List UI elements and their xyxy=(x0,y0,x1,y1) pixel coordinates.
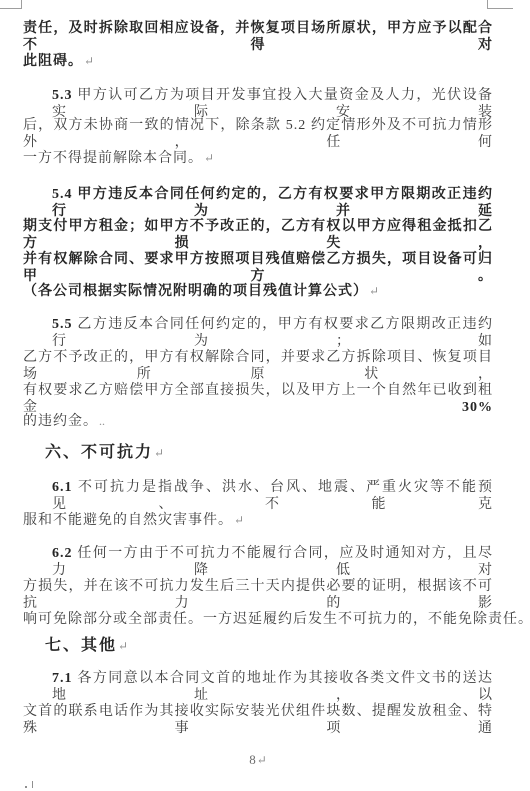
contract-document-page: 责任，及时拆除取回相应设备，并恢复项目场所原状，甲方应予以配合不得对此阻碍。↵5… xyxy=(0,0,530,791)
text-line: 责任，及时拆除取回相应设备，并恢复项目场所原状，甲方应予以配合不得对 xyxy=(23,20,493,54)
paragraph-mark: ↵ xyxy=(256,753,267,767)
bottom-margin-mark-tick xyxy=(32,781,33,788)
text-line: 的违约金。.. xyxy=(23,413,493,430)
text-line: （各公司根据实际情况附明确的项目残值计算公式）↵ xyxy=(23,283,493,300)
section-heading: 七、其他↵ xyxy=(23,636,515,656)
text-line: 并有权解除合同、要求甲方按照项目残值赔偿乙方损失，项目设备可归甲方。 xyxy=(23,251,493,285)
text-line: 5.5 乙方违反本合同任何约定的，甲方有权要求乙方限期改正违约行为；如 xyxy=(23,316,493,350)
paragraph-mark: ↵ xyxy=(233,513,244,527)
text-line: 有权要求乙方赔偿甲方全部直接损失，以及甲方上一个自然年已收到租金 30% xyxy=(23,382,493,416)
text-line: 响可免除部分或全部责任。一方迟延履约后发生不可抗力的，不能免除责任。↵ xyxy=(23,611,493,628)
section-heading: 六、不可抗力↵ xyxy=(23,443,515,463)
text-line: 服和不能避免的自然灾害事件。↵ xyxy=(23,512,493,529)
text-line: 6.2 任何一方由于不可抗力不能履行合同，应及时通知对方，且尽力降低对 xyxy=(23,545,493,579)
paragraph-mark: ↵ xyxy=(368,284,379,298)
text-line: 一方不得提前解除本合同。↵ xyxy=(23,150,493,167)
paragraph-mark: .. xyxy=(98,414,105,428)
paragraph-mark: ↵ xyxy=(153,446,164,460)
text-boundary-mark-top-right xyxy=(487,0,513,9)
paragraph-mark: ↵ xyxy=(83,54,94,68)
page-footer: 8↵ xyxy=(23,752,493,768)
text-line: 5.3 甲方认可乙方为项目开发事宜投入大量资金及人力，光伏设备实际安装 xyxy=(23,87,493,121)
bottom-margin-mark-dot xyxy=(25,786,27,788)
paragraph-mark: ↵ xyxy=(203,151,214,165)
text-line: 此阻碍。↵ xyxy=(23,53,493,70)
page-number: 8 xyxy=(249,752,256,767)
text-boundary-mark-top-left xyxy=(0,0,22,9)
text-line: 文首的联系电话作为其接收实际安装光伏组件块数、提醒发放租金、特殊事项通 xyxy=(23,703,493,737)
text-line: 乙方不予改正的，甲方有权解除合同，并要求乙方拆除项目、恢复项目场所原状， xyxy=(23,349,493,383)
text-line: 5.4 甲方违反本合同任何约定的，乙方有权要求甲方限期改正违约行为并延 xyxy=(23,186,493,220)
text-line: 后，双方未协商一致的情况下，除条款 5.2 约定情形外及不可抗力情形外，任何 xyxy=(23,117,493,151)
text-line: 方损失，并在该不可抗力发生后三十天内提供必要的证明，根据该不可抗力的影 xyxy=(23,578,493,612)
text-line: 期支付甲方租金；如甲方不予改正的，乙方有权以甲方应得租金抵扣乙方损失， xyxy=(23,218,493,252)
text-line: 6.1 不可抗力是指战争、洪水、台风、地震、严重火灾等不能预见、不能克 xyxy=(23,479,493,513)
text-line: 7.1 各方同意以本合同文首的地址作为其接收各类文件文书的送达地址，以 xyxy=(23,670,493,704)
paragraph-mark: ↵ xyxy=(117,639,128,653)
